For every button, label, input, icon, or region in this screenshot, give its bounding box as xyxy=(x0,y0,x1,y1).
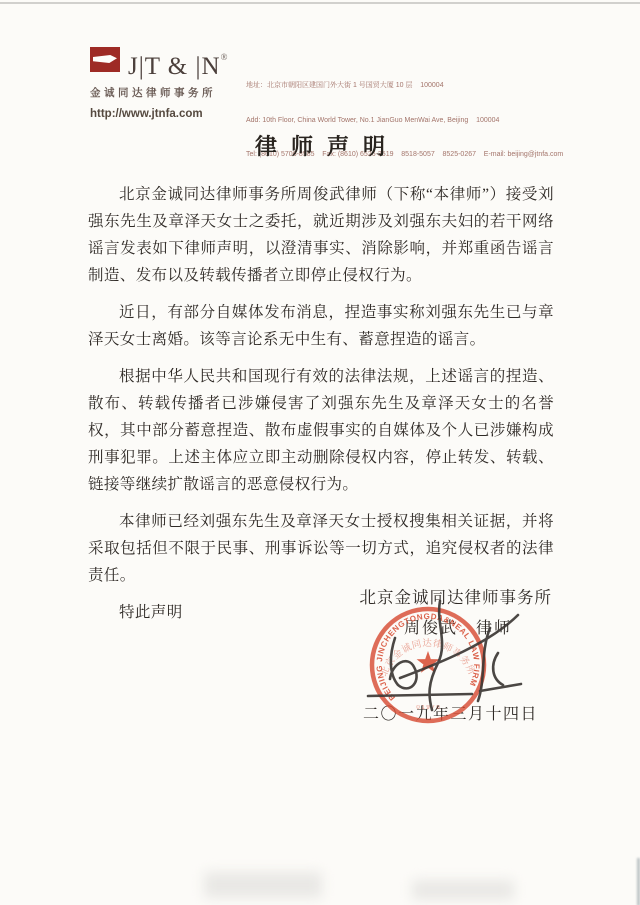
logo-wordmark: J|T & |N® xyxy=(128,43,227,81)
statement-body: 北京金诚同达律师事务所周俊武律师（下称“本律师”）接受刘强东先生及章泽天女士之委… xyxy=(88,181,554,636)
seal-number: 0 1 9 7 0 xyxy=(416,705,440,711)
scan-blur-artifact xyxy=(412,880,514,900)
paragraph-actions: 本律师已经刘强东先生及章泽天女士授权搜集相关证据，并将采取包括但不限于民事、刑事… xyxy=(88,508,554,589)
law-firm-seal-icon: BEIJING JINCHENGTONGDA&NEAL LAW FIRM 北京金… xyxy=(340,593,530,745)
address-line-en: Add: 10th Floor, China World Tower, No.1… xyxy=(246,115,586,127)
paragraph-legal-basis: 根据中华人民共和国现行有效的法律法规，上述谣言的捏造、散布、转载传播者已涉嫌侵害… xyxy=(88,363,554,498)
address-line-cn: 地址：北京市朝阳区建国门外大街 1 号国贸大厦 10 层 100004 xyxy=(246,80,586,92)
scan-edge-line xyxy=(0,2,640,4)
logo-brush-stroke-icon xyxy=(93,55,117,63)
red-seal-and-signature: BEIJING JINCHENGTONGDA&NEAL LAW FIRM 北京金… xyxy=(340,593,530,745)
jtn-logo-mark-icon xyxy=(90,47,120,72)
paragraph-intro: 北京金诚同达律师事务所周俊武律师（下称“本律师”）接受刘强东先生及章泽天女士之委… xyxy=(88,181,554,289)
letterhead-website: http://www.jtnfa.com xyxy=(90,108,227,120)
letterhead-logo: J|T & |N® 金诚同达律师事务所 http://www.jtnfa.com xyxy=(90,43,227,120)
scanned-lawyer-statement-page: { "letterhead": { "logo_mark_color": "#9… xyxy=(0,0,640,905)
paragraph-rumor: 近日，有部分自媒体发布消息，捏造事实称刘强东先生已与章泽天女士离婚。该等言论系无… xyxy=(88,299,554,353)
scan-blur-artifact xyxy=(204,872,322,898)
registered-mark: ® xyxy=(221,52,228,62)
page-title: 律师声明 xyxy=(0,130,640,161)
letterhead-firm-name-cn: 金诚同达律师事务所 xyxy=(90,85,227,100)
